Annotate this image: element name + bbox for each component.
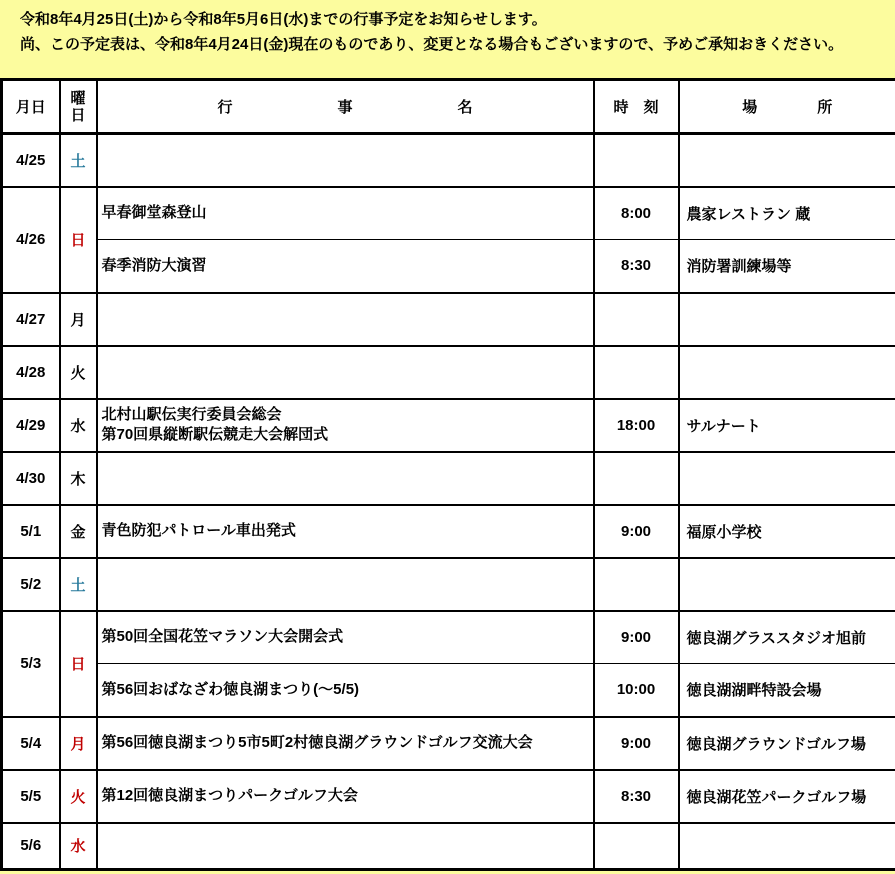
header-row: 月日 曜日 行 事 名 時 刻 場 所 [2,80,895,134]
time-cell: 10:00 [594,664,679,717]
place-cell [679,558,895,611]
time-cell: 9:00 [594,611,679,664]
place-cell [679,823,895,870]
time-cell: 9:00 [594,717,679,770]
day-cell: 月 [60,717,97,770]
event-name-cell [97,452,594,505]
column-header-place: 場 所 [679,80,895,134]
schedule-row-4-26-second-event: 春季消防大演習 8:30 消防署訓練場等 [2,240,895,293]
time-cell: 8:30 [594,770,679,823]
announcement-block: 令和8年4月25日(土)から令和8年5月6日(水)までの行事予定をお知らせします… [0,0,895,78]
day-cell: 金 [60,505,97,558]
day-cell: 水 [60,823,97,870]
event-name-cell: 北村山駅伝実行委員会総会 第70回県縦断駅伝競走大会解団式 [97,399,594,452]
date-cell: 5/2 [2,558,60,611]
column-header-time: 時 刻 [594,80,679,134]
event-name-cell: 早春御堂森登山 [97,187,594,240]
event-name-cell [97,346,594,399]
event-schedule-table: 月日 曜日 行 事 名 時 刻 場 所 4/25 土 4/26 日 早春御堂森登… [0,78,895,871]
schedule-row-5-6: 5/6 水 [2,823,895,870]
day-cell: 水 [60,399,97,452]
schedule-row-5-5: 5/5 火 第12回徳良湖まつりパークゴルフ大会 8:30 徳良湖花笠パークゴル… [2,770,895,823]
schedule-row-5-4: 5/4 月 第56回徳良湖まつり5市5町2村徳良湖グラウンドゴルフ交流大会 9:… [2,717,895,770]
event-name-cell [97,558,594,611]
time-cell: 9:00 [594,505,679,558]
event-name-cell [97,134,594,187]
day-cell: 月 [60,293,97,346]
schedule-row-4-28: 4/28 火 [2,346,895,399]
date-cell: 5/3 [2,611,60,717]
event-name-cell [97,293,594,346]
place-cell: サルナート [679,399,895,452]
day-cell: 日 [60,187,97,293]
date-cell: 5/4 [2,717,60,770]
schedule-row-5-1: 5/1 金 青色防犯パトロール車出発式 9:00 福原小学校 [2,505,895,558]
place-cell [679,134,895,187]
time-cell: 8:00 [594,187,679,240]
day-cell: 火 [60,770,97,823]
place-cell [679,452,895,505]
place-cell [679,293,895,346]
date-cell: 4/25 [2,134,60,187]
place-cell: 農家レストラン 蔵 [679,187,895,240]
schedule-row-4-30: 4/30 木 [2,452,895,505]
place-cell: 徳良湖湖畔特設会場 [679,664,895,717]
place-cell: 徳良湖花笠パークゴルフ場 [679,770,895,823]
day-cell: 土 [60,134,97,187]
day-cell: 火 [60,346,97,399]
date-cell: 5/5 [2,770,60,823]
schedule-row-4-29: 4/29 水 北村山駅伝実行委員会総会 第70回県縦断駅伝競走大会解団式 18:… [2,399,895,452]
date-cell: 4/30 [2,452,60,505]
event-name-cell: 第50回全国花笠マラソン大会開会式 [97,611,594,664]
date-cell: 5/1 [2,505,60,558]
place-cell: 徳良湖グラウンドゴルフ場 [679,717,895,770]
place-cell: 福原小学校 [679,505,895,558]
column-header-day: 曜日 [60,80,97,134]
place-cell [679,346,895,399]
time-cell [594,452,679,505]
announcement-line-2: 尚、この予定表は、令和8年4月24日(金)現在のものであり、変更となる場合もござ… [5,32,891,57]
day-cell: 木 [60,452,97,505]
schedule-row-5-3-second-event: 第56回おばなざわ徳良湖まつり(～5/5) 10:00 徳良湖湖畔特設会場 [2,664,895,717]
event-name-cell: 青色防犯パトロール車出発式 [97,505,594,558]
time-cell [594,558,679,611]
time-cell: 18:00 [594,399,679,452]
date-cell: 4/26 [2,187,60,293]
schedule-row-5-2: 5/2 土 [2,558,895,611]
schedule-row-4-26: 4/26 日 早春御堂森登山 8:00 農家レストラン 蔵 [2,187,895,240]
event-name-cell: 第12回徳良湖まつりパークゴルフ大会 [97,770,594,823]
column-header-date: 月日 [2,80,60,134]
day-cell: 土 [60,558,97,611]
schedule-row-5-3: 5/3 日 第50回全国花笠マラソン大会開会式 9:00 徳良湖グラススタジオ旭… [2,611,895,664]
schedule-row-4-27: 4/27 月 [2,293,895,346]
day-cell: 日 [60,611,97,717]
time-cell [594,293,679,346]
event-name-cell: 春季消防大演習 [97,240,594,293]
place-cell: 消防署訓練場等 [679,240,895,293]
time-cell [594,346,679,399]
event-name-cell: 第56回おばなざわ徳良湖まつり(～5/5) [97,664,594,717]
date-cell: 4/28 [2,346,60,399]
date-cell: 5/6 [2,823,60,870]
event-name-cell: 第56回徳良湖まつり5市5町2村徳良湖グラウンドゴルフ交流大会 [97,717,594,770]
column-header-event-name: 行 事 名 [97,80,594,134]
time-cell: 8:30 [594,240,679,293]
date-cell: 4/27 [2,293,60,346]
date-cell: 4/29 [2,399,60,452]
announcement-line-1: 令和8年4月25日(土)から令和8年5月6日(水)までの行事予定をお知らせします… [5,7,891,32]
time-cell [594,134,679,187]
schedule-row-4-25: 4/25 土 [2,134,895,187]
place-cell: 徳良湖グラススタジオ旭前 [679,611,895,664]
time-cell [594,823,679,870]
event-name-cell [97,823,594,870]
